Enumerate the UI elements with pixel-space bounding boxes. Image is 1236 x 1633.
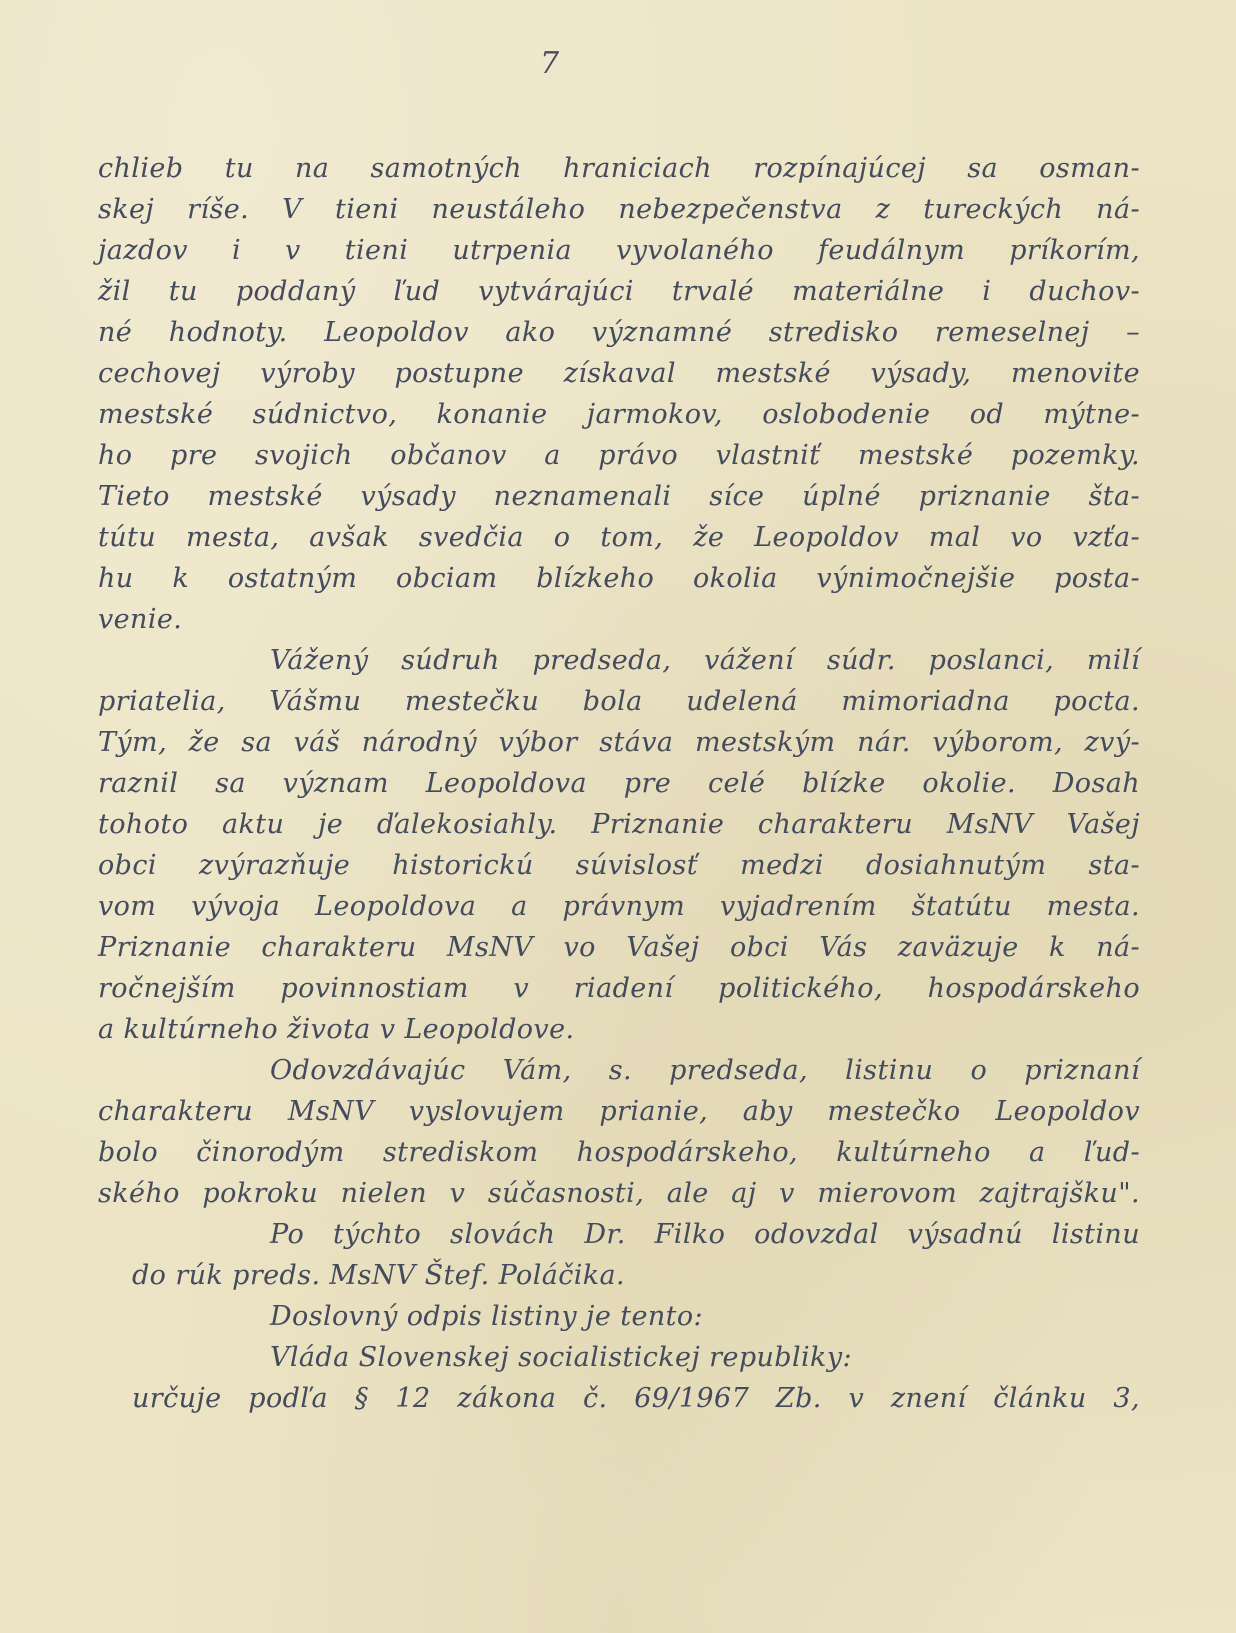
text-line: Doslovný odpis listiny je tento: xyxy=(98,1296,1140,1337)
text-line: skej ríše. V tieni neustáleho nebezpečen… xyxy=(98,189,1140,230)
page-number: 7 xyxy=(0,46,1100,81)
text-line: určuje podľa § 12 zákona č. 69/1967 Zb. … xyxy=(98,1378,1140,1419)
handwritten-text-block: chlieb tu na samotných hraniciach rozpín… xyxy=(98,148,1140,1419)
text-line: né hodnoty. Leopoldov ako významné stred… xyxy=(98,312,1140,353)
text-line: tohoto aktu je ďalekosiahly. Priznanie c… xyxy=(98,804,1140,845)
text-line: Vážený súdruh predseda, vážení súdr. pos… xyxy=(98,640,1140,681)
text-line: ho pre svojich občanov a právo vlastniť … xyxy=(98,435,1140,476)
text-line: obci zvýrazňuje historickú súvislosť med… xyxy=(98,845,1140,886)
text-line: venie. xyxy=(98,599,1140,640)
document-page: 7 chlieb tu na samotných hraniciach rozp… xyxy=(0,0,1236,1633)
text-line: ročnejším povinnostiam v riadení politic… xyxy=(98,968,1140,1009)
text-line: priatelia, Vášmu mestečku bola udelená m… xyxy=(98,681,1140,722)
text-line: bolo činorodým strediskom hospodárskeho,… xyxy=(98,1132,1140,1173)
text-line: hu k ostatným obciam blízkeho okolia výn… xyxy=(98,558,1140,599)
text-line: chlieb tu na samotných hraniciach rozpín… xyxy=(98,148,1140,189)
text-line: raznil sa význam Leopoldova pre celé blí… xyxy=(98,763,1140,804)
text-line: ského pokroku nielen v súčasnosti, ale a… xyxy=(98,1173,1140,1214)
text-line: cechovej výroby postupne získaval mestsk… xyxy=(98,353,1140,394)
text-line: Priznanie charakteru MsNV vo Vašej obci … xyxy=(98,927,1140,968)
text-line: mestské súdnictvo, konanie jarmokov, osl… xyxy=(98,394,1140,435)
text-line: charakteru MsNV vyslovujem prianie, aby … xyxy=(98,1091,1140,1132)
text-line: Odovzdávajúc Vám, s. predseda, listinu o… xyxy=(98,1050,1140,1091)
text-line: tútu mesta, avšak svedčia o tom, že Leop… xyxy=(98,517,1140,558)
text-line: Po týchto slovách Dr. Filko odovzdal výs… xyxy=(98,1214,1140,1255)
text-line: a kultúrneho života v Leopoldove. xyxy=(98,1009,1140,1050)
text-line: žil tu poddaný ľud vytvárajúci trvalé ma… xyxy=(98,271,1140,312)
text-line: do rúk preds. MsNV Štef. Poláčika. xyxy=(98,1255,1140,1296)
text-line: vom vývoja Leopoldova a právnym vyjadren… xyxy=(98,886,1140,927)
text-line: jazdov i v tieni utrpenia vyvolaného feu… xyxy=(98,230,1140,271)
text-line: Vláda Slovenskej socialistickej republik… xyxy=(98,1337,1140,1378)
text-line: Tým, že sa váš národný výbor stáva mests… xyxy=(98,722,1140,763)
text-line: Tieto mestské výsady neznamenali síce úp… xyxy=(98,476,1140,517)
